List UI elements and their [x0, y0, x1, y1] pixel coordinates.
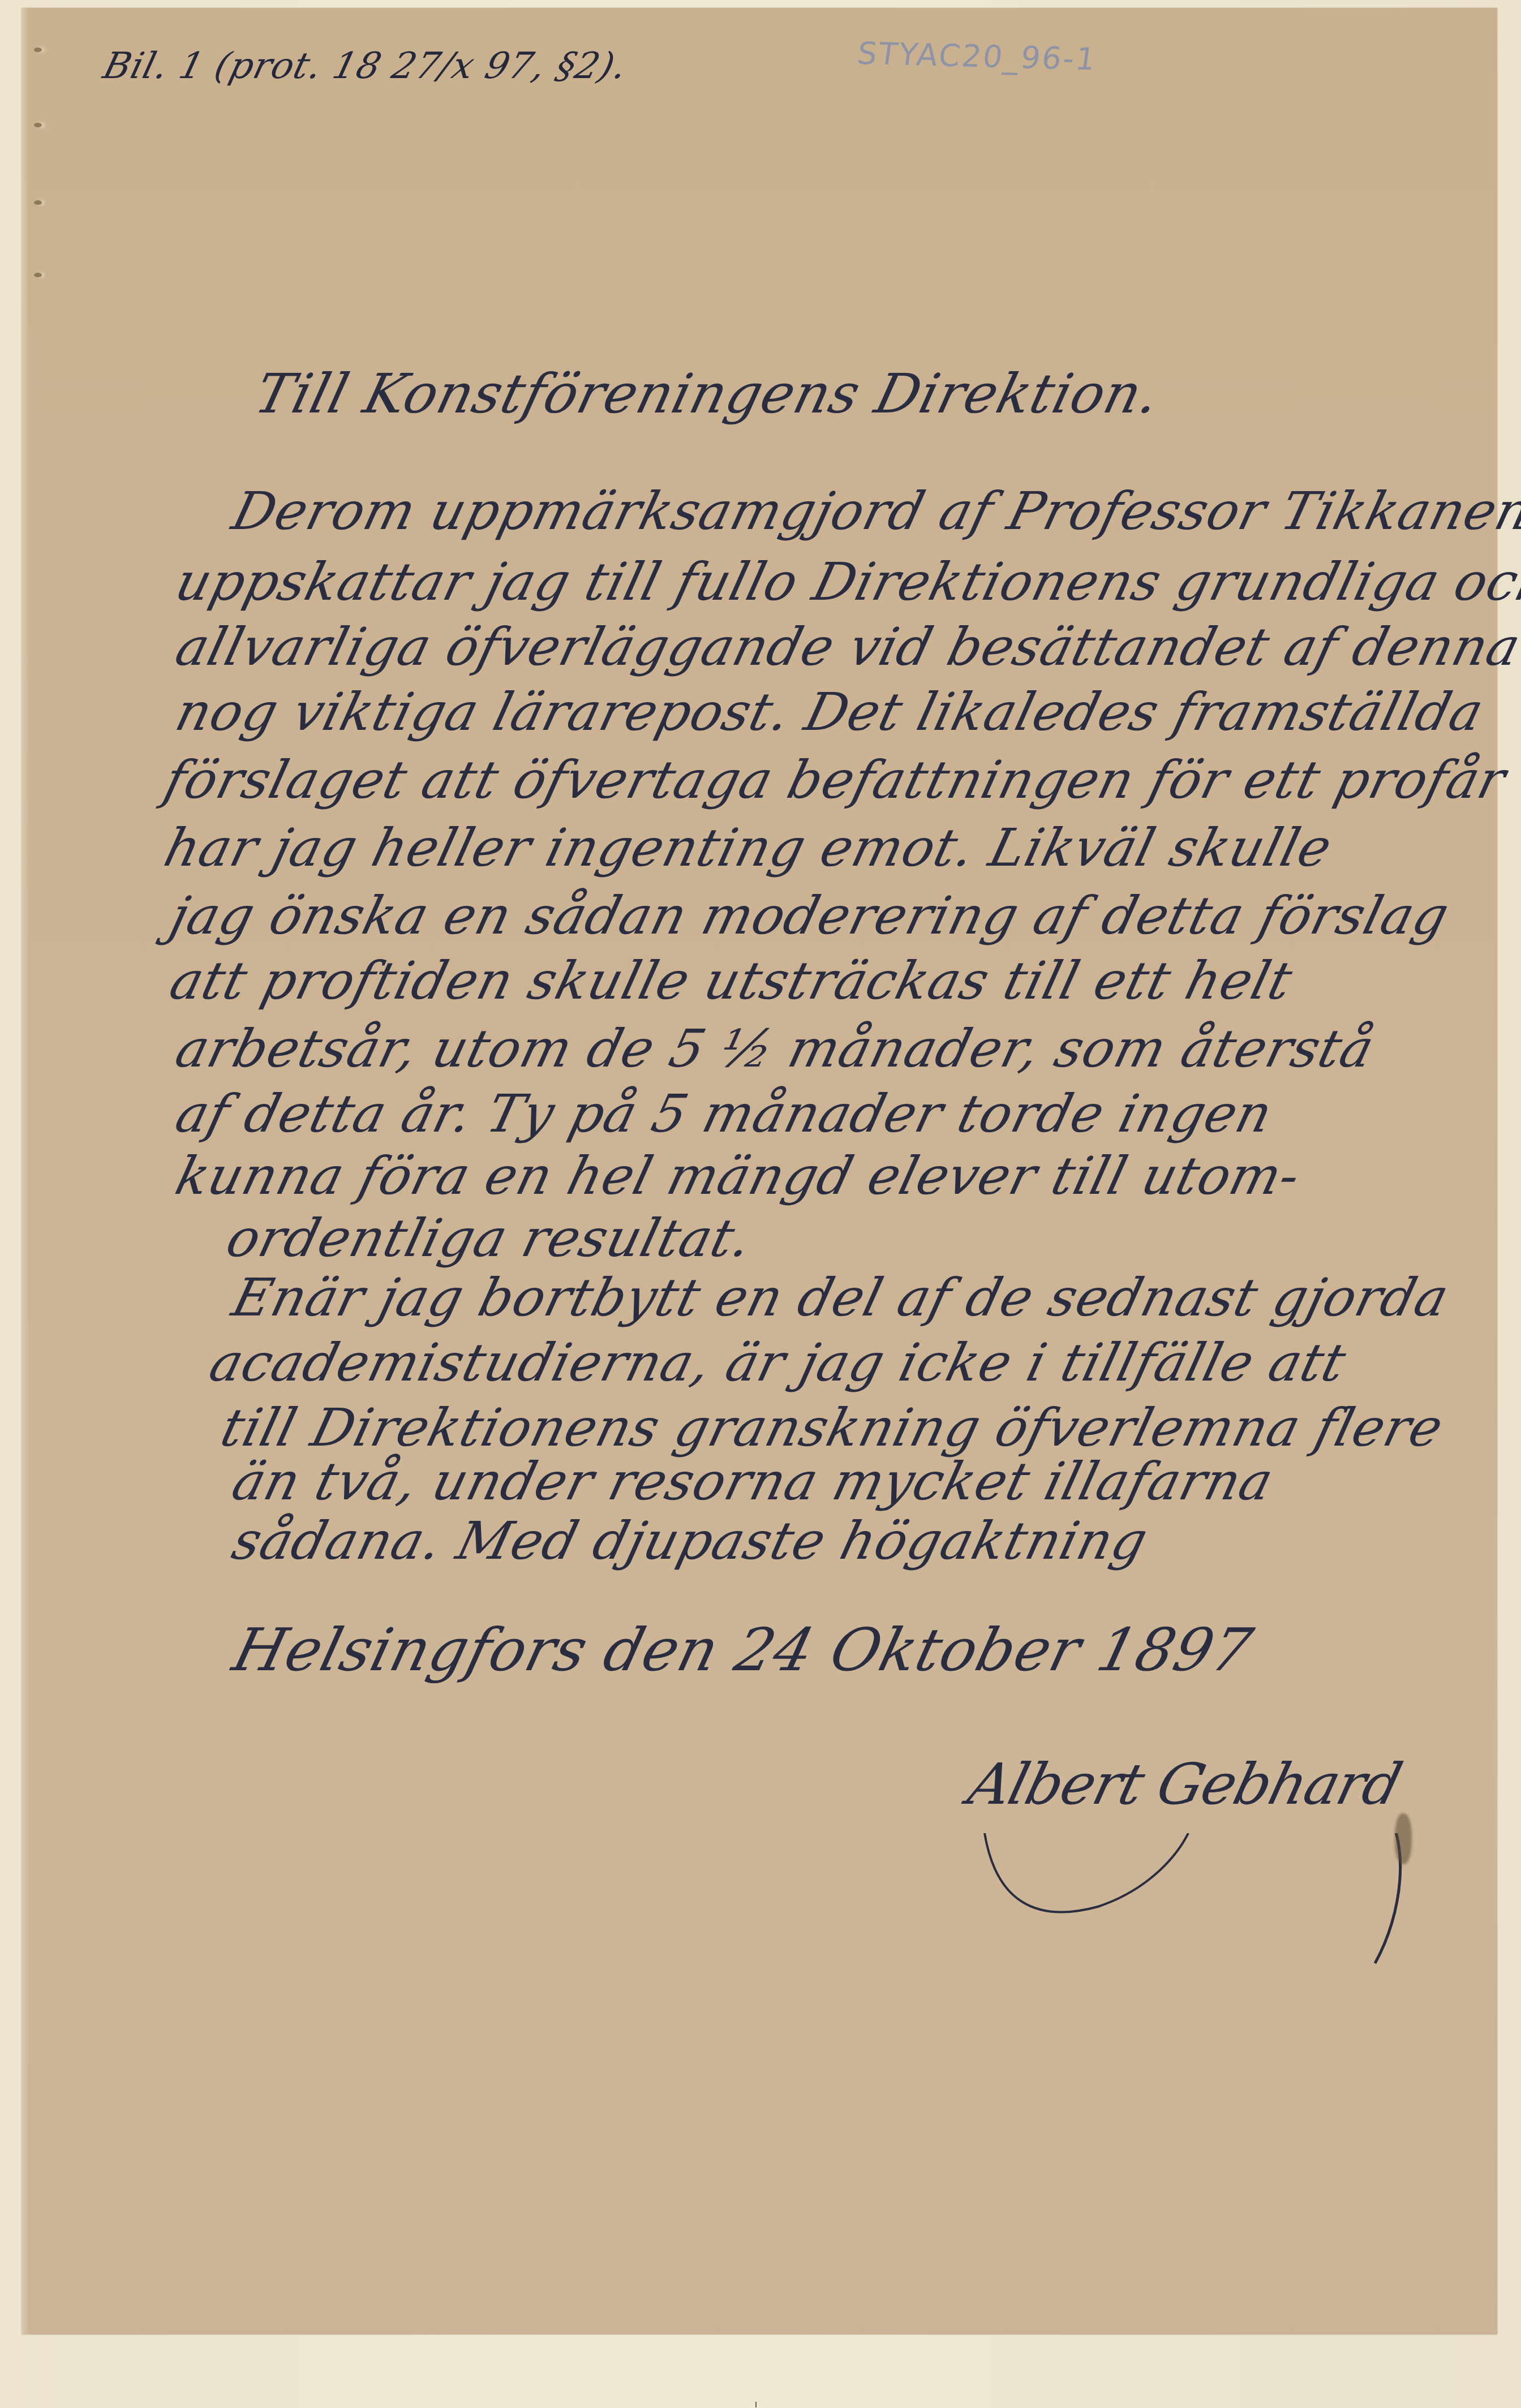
body-line: att proftiden skulle utsträckas till ett… [164, 951, 1299, 1011]
body-line: af detta år. Ty på 5 månader torde ingen [170, 1083, 1279, 1144]
body-line: uppskattar jag till fullo Direktionens g… [170, 552, 1521, 612]
body-line: academistudierna, är jag icke i tillfäll… [204, 1332, 1352, 1393]
binding-hole [34, 48, 42, 52]
body-line: kunna föra en hel mängd elever till utom… [170, 1146, 1307, 1206]
body-line: till Direktionens granskning öfverlemna … [215, 1397, 1449, 1458]
binding-hole [34, 273, 42, 277]
body-line: allvarliga öfverläggande vid besättandet… [170, 617, 1521, 677]
binding-hole [34, 200, 42, 205]
body-line: har jag heller ingenting emot. Likväl sk… [158, 818, 1338, 878]
body-line: sådana. Med djupaste högaktning [226, 1511, 1154, 1571]
body-line: jag önska en sådan moderering af detta f… [164, 885, 1455, 946]
protocol-annotation: Bil. 1 (prot. 18 27/x 97, §2). [99, 45, 631, 87]
signature: Albert Gebhard [962, 1751, 1407, 1817]
body-line: arbetsår, utom de 5 ½ månader, som åters… [170, 1018, 1380, 1079]
body-line: ordentliga resultat. [221, 1208, 758, 1268]
ink-stain [1395, 1813, 1412, 1864]
binding-hole [34, 123, 42, 127]
body-line: nog viktiga lärarepost. Det likaledes fr… [170, 682, 1490, 742]
archive-number: STYAC20_96-1 [856, 35, 1099, 77]
dateline: Helsingfors den 24 Oktober 1897 [226, 1615, 1260, 1684]
signature-flourish-icon [911, 1833, 1454, 1992]
salutation: Till Konstföreningens Direktion. [249, 362, 1166, 425]
body-line: Enär jag bortbytt en del af de sednast g… [226, 1267, 1455, 1328]
body-line: förslaget att öfvertaga befattningen för… [158, 750, 1512, 810]
scan-mark [755, 2402, 757, 2407]
body-line: Derom uppmärksamgjord af Professor Tikka… [226, 481, 1521, 541]
body-line: än två, under resorna mycket illafarna [226, 1451, 1279, 1512]
